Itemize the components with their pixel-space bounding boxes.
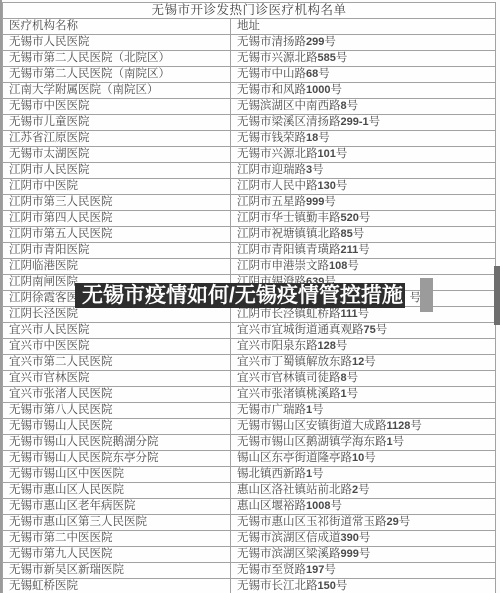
table-row: 无锡市人民医院无锡市清扬路299号 [3, 35, 496, 51]
hospital-name-cell: 江阴临港医院 [3, 259, 231, 275]
hospital-name-cell: 宜兴市人民医院 [3, 323, 231, 339]
address-cell: 江阴市申港崇文路108号 [231, 259, 496, 275]
address-cell: 无锡市至贤路197号 [231, 563, 496, 579]
table-row: 无锡市第二中医医院无锡市滨湖区信成道390号 [3, 531, 496, 547]
hospital-name-cell: 无锡市锡山人民医院鹅湖分院 [3, 435, 231, 451]
address-cell: 江阴市五星路999号 [231, 195, 496, 211]
address-cell: 无锡市滨湖区信成道390号 [231, 531, 496, 547]
address-cell: 宜兴市阳泉东路128号 [231, 339, 496, 355]
table-row: 无锡市锡山区中医医院锡北镇西新路1号 [3, 467, 496, 483]
table-row: 江阴市第五人民医院江阴市祝塘镇镇北路85号 [3, 227, 496, 243]
table-row: 宜兴市第二人民医院宜兴市丁蜀镇解放东路12号 [3, 355, 496, 371]
table-title: 无锡市开诊发热门诊医疗机构名单 [3, 3, 496, 19]
table-row: 无锡市锡山人民医院鹅湖分院无锡市锡山区鹅湖镇学海东路1号 [3, 435, 496, 451]
hospital-name-cell: 无锡市锡山人民医院 [3, 419, 231, 435]
table-row: 宜兴市官林医院宜兴市官林镇司徒路8号 [3, 371, 496, 387]
hospital-name-cell: 江阴市第四人民医院 [3, 211, 231, 227]
hospital-name-cell: 江阴市中医院 [3, 179, 231, 195]
address-cell: 惠山区洛社镇站前北路2号 [231, 483, 496, 499]
hospital-name-cell: 无锡市惠山区第三人民医院 [3, 515, 231, 531]
column-header-name: 医疗机构名称 [3, 19, 231, 35]
address-cell: 无锡滨湖区中南西路8号 [231, 99, 496, 115]
photo-artifact-gray-block [420, 278, 433, 312]
hospital-name-cell: 江阴长泾医院 [3, 307, 231, 323]
hospital-name-cell: 无锡市第二人民医院（北院区） [3, 51, 231, 67]
table-row: 宜兴市中医医院宜兴市阳泉东路128号 [3, 339, 496, 355]
table-header-row: 医疗机构名称 地址 [3, 19, 496, 35]
address-cell: 无锡市长江北路150号 [231, 579, 496, 593]
hospital-name-cell: 宜兴市中医医院 [3, 339, 231, 355]
table-row: 江苏省江原医院无锡市钱荣路18号 [3, 131, 496, 147]
table-row: 江阴市第三人民医院江阴市五星路999号 [3, 195, 496, 211]
address-cell: 江阴市华士镇勤丰路520号 [231, 211, 496, 227]
address-cell: 惠山区堰裕路1008号 [231, 499, 496, 515]
hospital-name-cell: 无锡市第九人民医院 [3, 547, 231, 563]
table-row: 无锡市第九人民医院无锡市滨湖区梁溪路999号 [3, 547, 496, 563]
hospital-name-cell: 宜兴市张渚人民医院 [3, 387, 231, 403]
address-cell: 江阴市迎瑞路3号 [231, 163, 496, 179]
hospital-name-cell: 无锡市惠山区人民医院 [3, 483, 231, 499]
hospital-name-cell: 江阴市第五人民医院 [3, 227, 231, 243]
hospital-name-cell: 无锡市锡山区中医医院 [3, 467, 231, 483]
hospital-name-cell: 无锡市人民医院 [3, 35, 231, 51]
hospital-name-cell: 无锡市第二中医医院 [3, 531, 231, 547]
address-cell: 宜兴市官林镇司徒路8号 [231, 371, 496, 387]
address-cell: 无锡市惠山区玉祁街道常玉路29号 [231, 515, 496, 531]
hospital-name-cell: 无锡市第二人民医院（南院区） [3, 67, 231, 83]
hospital-name-cell: 江阴市人民医院 [3, 163, 231, 179]
hospital-name-cell: 宜兴市官林医院 [3, 371, 231, 387]
address-cell: 无锡市梁溪区清扬路299-1号 [231, 115, 496, 131]
address-cell: 宜兴市张渚镇桃溪路1号 [231, 387, 496, 403]
table-row: 无锡市惠山区老年病医院惠山区堰裕路1008号 [3, 499, 496, 515]
address-cell: 江阴市青阳镇青璜路211号 [231, 243, 496, 259]
table-title-row: 无锡市开诊发热门诊医疗机构名单 [3, 3, 496, 19]
address-cell: 江阴市长泾镇虹桥路111号 [231, 307, 496, 323]
hospital-name-cell: 无锡市第八人民医院 [3, 403, 231, 419]
table-row: 宜兴市张渚人民医院宜兴市张渚镇桃溪路1号 [3, 387, 496, 403]
address-cell: 无锡市钱荣路18号 [231, 131, 496, 147]
hospital-name-cell: 江南大学附属医院（南院区） [3, 83, 231, 99]
table-row: 无锡市儿童医院无锡市梁溪区清扬路299-1号 [3, 115, 496, 131]
table-row: 江阴市人民医院江阴市迎瑞路3号 [3, 163, 496, 179]
table-row: 江阴市中医院江阴市人民中路130号 [3, 179, 496, 195]
address-cell: 无锡市中山路68号 [231, 67, 496, 83]
hospital-name-cell: 江阴市青阳医院 [3, 243, 231, 259]
address-cell: 锡北镇西新路1号 [231, 467, 496, 483]
table-row: 无锡市锡山人民医院无锡市锡山区安镇街道大成路1128号 [3, 419, 496, 435]
table-row: 无锡市惠山区第三人民医院无锡市惠山区玉祁街道常玉路29号 [3, 515, 496, 531]
address-cell: 无锡市兴源北路585号 [231, 51, 496, 67]
address-cell: 江阴市祝塘镇镇北路85号 [231, 227, 496, 243]
hospital-name-cell: 宜兴市第二人民医院 [3, 355, 231, 371]
address-cell: 无锡市兴源北路101号 [231, 147, 496, 163]
hospital-name-cell: 无锡市惠山区老年病医院 [3, 499, 231, 515]
hospital-name-cell: 无锡市太湖医院 [3, 147, 231, 163]
table-row: 无锡市惠山区人民医院惠山区洛社镇站前北路2号 [3, 483, 496, 499]
caption-overlay: 无锡市疫情如何/无锡疫情管控措施 [75, 283, 405, 308]
hospital-name-cell: 无锡市儿童医院 [3, 115, 231, 131]
hospital-name-cell: 无锡市锡山人民医院东亭分院 [3, 451, 231, 467]
table-row: 无锡市太湖医院无锡市兴源北路101号 [3, 147, 496, 163]
address-cell: 江阴市人民中路130号 [231, 179, 496, 195]
hospital-name-cell: 江苏省江原医院 [3, 131, 231, 147]
table-row: 无锡市第二人民医院（南院区）无锡市中山路68号 [3, 67, 496, 83]
hospital-name-cell: 无锡市新吴区新瑞医院 [3, 563, 231, 579]
table-row: 宜兴市人民医院宜兴市宜城街道通真观路75号 [3, 323, 496, 339]
hospital-name-cell: 无锡虹桥医院 [3, 579, 231, 593]
table-row: 江南大学附属医院（南院区）无锡市和风路1000号 [3, 83, 496, 99]
hospital-name-cell: 江阴市第三人民医院 [3, 195, 231, 211]
address-cell: 无锡市滨湖区梁溪路999号 [231, 547, 496, 563]
photo-artifact-dark-edge [494, 266, 500, 325]
table-row: 无锡虹桥医院无锡市长江北路150号 [3, 579, 496, 593]
address-cell: 无锡市清扬路299号 [231, 35, 496, 51]
address-cell: 宜兴市丁蜀镇解放东路12号 [231, 355, 496, 371]
table-row: 无锡市锡山人民医院东亭分院锡山区东亭街道隆亭路10号 [3, 451, 496, 467]
address-cell: 无锡市锡山区安镇街道大成路1128号 [231, 419, 496, 435]
photo-left-edge [0, 0, 2, 593]
table-row: 江阴临港医院江阴市申港崇文路108号 [3, 259, 496, 275]
address-cell: 无锡市广瑞路1号 [231, 403, 496, 419]
address-cell: 无锡市和风路1000号 [231, 83, 496, 99]
table-row: 江阴市青阳医院江阴市青阳镇青璜路211号 [3, 243, 496, 259]
column-header-address: 地址 [231, 19, 496, 35]
document-photo: 无锡市开诊发热门诊医疗机构名单 医疗机构名称 地址 无锡市人民医院无锡市清扬路2… [0, 0, 500, 593]
hospital-name-cell: 无锡市中医医院 [3, 99, 231, 115]
address-cell: 无锡市锡山区鹅湖镇学海东路1号 [231, 435, 496, 451]
table-row: 无锡市第二人民医院（北院区）无锡市兴源北路585号 [3, 51, 496, 67]
address-cell: 宜兴市宜城街道通真观路75号 [231, 323, 496, 339]
address-cell: 锡山区东亭街道隆亭路10号 [231, 451, 496, 467]
table-row: 无锡市第八人民医院无锡市广瑞路1号 [3, 403, 496, 419]
table-row: 无锡市新吴区新瑞医院无锡市至贤路197号 [3, 563, 496, 579]
table-row: 无锡市中医医院无锡滨湖区中南西路8号 [3, 99, 496, 115]
table-row: 江阴市第四人民医院江阴市华士镇勤丰路520号 [3, 211, 496, 227]
